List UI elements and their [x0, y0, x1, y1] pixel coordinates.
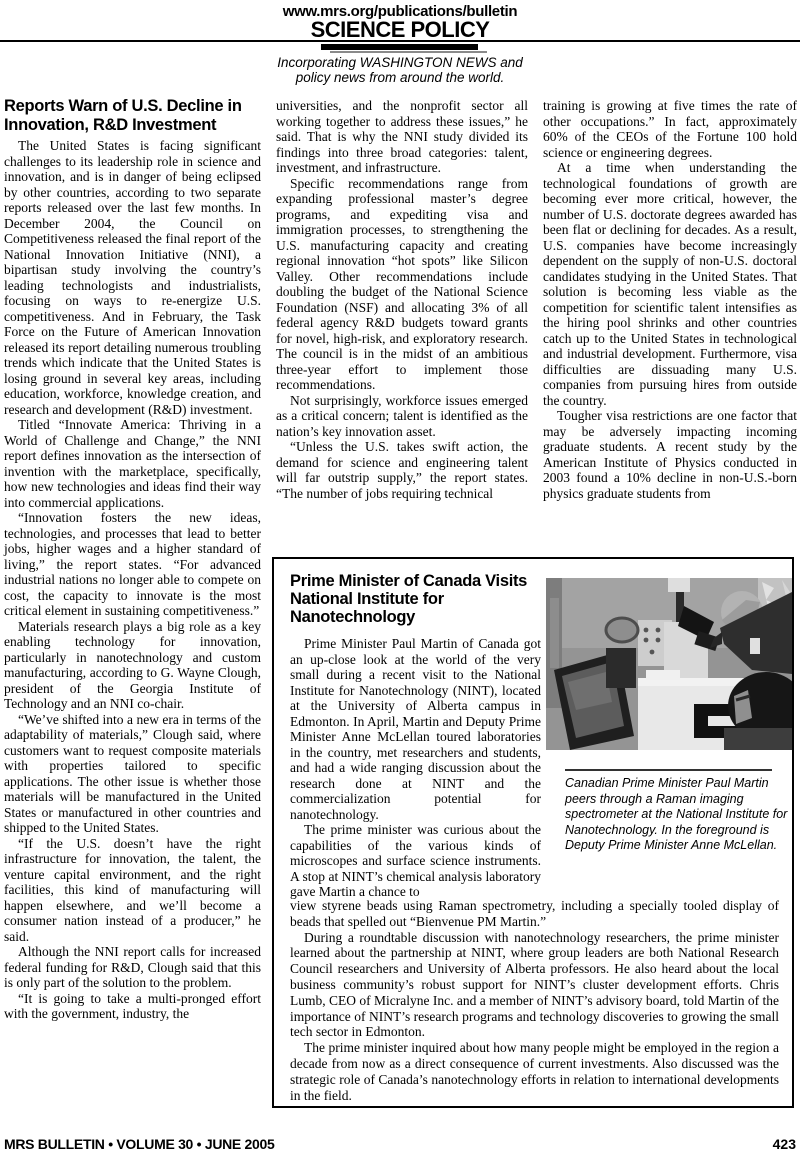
section-underline-bar [321, 44, 478, 50]
news-box-headline: Prime Minister of Canada VisitsNational … [290, 572, 550, 626]
paragraph: Materials research plays a big role as a… [4, 619, 261, 712]
article-column-3-text: training is growing at five times the ra… [543, 98, 797, 501]
paragraph: training is growing at five times the ra… [543, 98, 797, 160]
paragraph: The United States is facing significant … [4, 138, 261, 417]
paragraph: At a time when understanding the technol… [543, 160, 797, 408]
paragraph: Titled “Innovate America: Thriving in a … [4, 417, 261, 510]
section-tagline: Incorporating WASHINGTON NEWS and policy… [0, 55, 800, 85]
paragraph: Not surprisingly, workforce issues emerg… [276, 393, 528, 440]
photo-caption: Canadian Prime Minister Paul Martin peer… [565, 776, 793, 854]
magazine-page: www.mrs.org/publications/bulletin SCIENC… [0, 0, 800, 1154]
paragraph: Tougher visa restrictions are one factor… [543, 408, 797, 501]
footer-journal-info: MRS BULLETIN • VOLUME 30 • JUNE 2005 [4, 1136, 275, 1152]
paragraph: Prime Minister of Canada Visits [290, 572, 550, 590]
paragraph: “Innovation fosters the new ideas, techn… [4, 510, 261, 619]
paragraph: “It is going to take a multi-pronged eff… [4, 991, 261, 1022]
paragraph: Specific recommendations range from expa… [276, 176, 528, 393]
paragraph: Nanotechnology [290, 608, 550, 626]
article-column-1: Reports Warn of U.S. Decline in Innovati… [4, 97, 261, 1022]
paragraph: Prime Minister Paul Martin of Canada got… [290, 636, 541, 822]
header-rule [0, 40, 800, 42]
paragraph: universities, and the nonprofit sector a… [276, 98, 528, 176]
article-column-3: training is growing at five times the ra… [543, 98, 797, 501]
paragraph: “If the U.S. doesn’t have the right infr… [4, 836, 261, 945]
section-underline-shadow [330, 51, 487, 53]
paragraph: view styrene beads using Raman spectrome… [290, 898, 779, 930]
paragraph: National Institute for [290, 590, 550, 608]
paragraph: “Unless the U.S. takes swift action, the… [276, 439, 528, 501]
paragraph: During a roundtable discussion with nano… [290, 930, 779, 1041]
news-box-text-narrow: Prime Minister Paul Martin of Canada got… [290, 636, 541, 900]
footer-page-number: 423 [773, 1136, 796, 1152]
article-headline: Reports Warn of U.S. Decline in Innovati… [4, 97, 261, 134]
paragraph: The prime minister inquired about how ma… [290, 1040, 779, 1103]
news-box-text-wide: view styrene beads using Raman spectrome… [290, 898, 779, 1103]
sidebar-news-box: Prime Minister of Canada VisitsNational … [272, 557, 794, 1108]
news-photo [546, 578, 792, 750]
article-column-2-text: universities, and the nonprofit sector a… [276, 98, 528, 501]
article-column-2: universities, and the nonprofit sector a… [276, 98, 528, 501]
photo-illustration [546, 578, 792, 750]
paragraph: Although the NNI report calls for increa… [4, 944, 261, 991]
article-column-1-text: The United States is facing significant … [4, 138, 261, 1022]
caption-rule [565, 769, 772, 771]
paragraph: The prime minister was curious about the… [290, 822, 541, 900]
paragraph: “We’ve shifted into a new era in terms o… [4, 712, 261, 836]
